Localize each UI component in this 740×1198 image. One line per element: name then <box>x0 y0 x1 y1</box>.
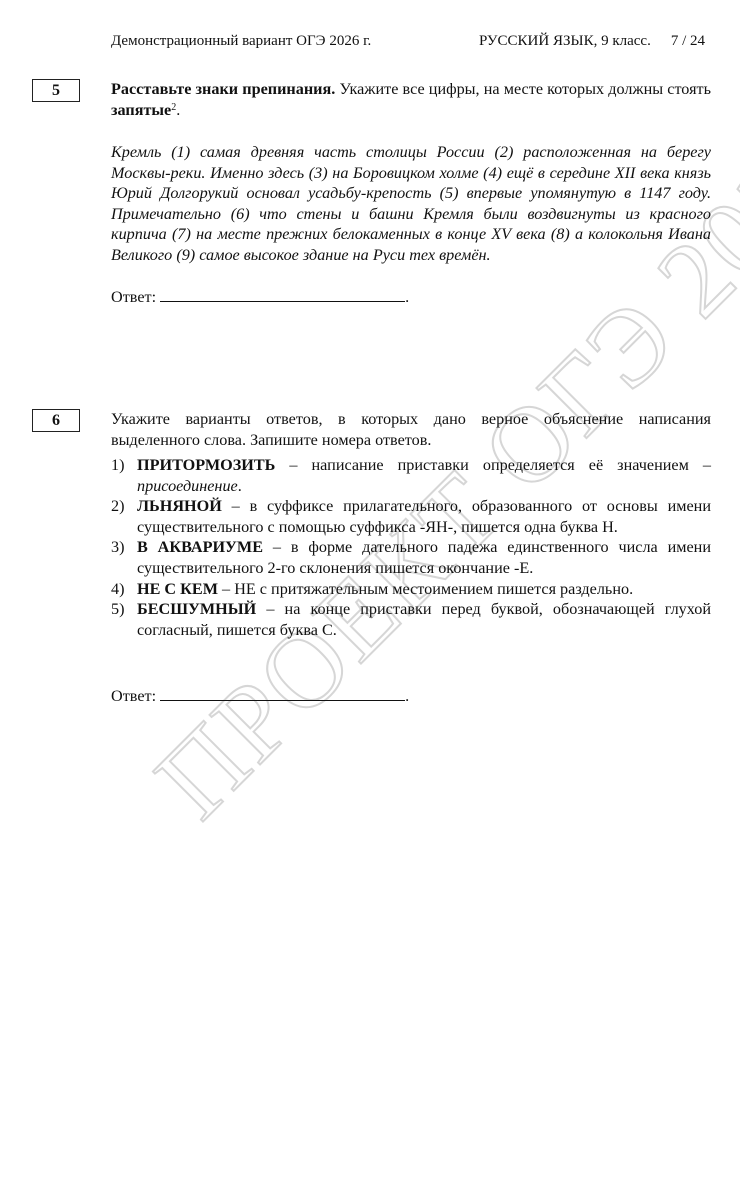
footnote-marker: 2 <box>171 102 176 113</box>
option-item: 2)ЛЬНЯНОЙ – в суффиксе прилагательного, … <box>111 496 711 537</box>
option-item: 4)НЕ С КЕМ – НЕ с притяжательным местоим… <box>111 579 711 600</box>
task-5-answer-label: Ответ: <box>111 288 156 306</box>
option-word: В АКВАРИУМЕ <box>137 538 263 556</box>
header-variant-title: Демонстрационный вариант ОГЭ 2026 г. <box>111 33 371 50</box>
task-5-instruction: Расставьте знаки препинания. Укажите все… <box>111 79 711 120</box>
option-word: НЕ С КЕМ <box>137 580 218 598</box>
task-6-number-box: 6 <box>32 409 80 432</box>
punct: . <box>176 101 180 119</box>
option-number: 3) <box>111 537 124 558</box>
option-italic: присоединение <box>137 477 238 495</box>
task-5-commas-word: запятые <box>111 101 171 119</box>
task-6-answer: Ответ:. <box>111 686 711 707</box>
header-subject-label: РУССКИЙ ЯЗЫК, 9 класс. <box>479 33 651 49</box>
punct: . <box>238 477 242 495</box>
task-5-number-box: 5 <box>32 79 80 102</box>
punct: . <box>405 288 409 306</box>
page-number: 7 / 24 <box>671 33 705 49</box>
task-6-instruction: Укажите варианты ответов, в которых дано… <box>111 409 711 450</box>
page-header: Демонстрационный вариант ОГЭ 2026 г. РУС… <box>111 33 705 53</box>
option-word: ЛЬНЯНОЙ <box>137 497 222 515</box>
option-number: 2) <box>111 496 124 517</box>
task-5-instruction-text: Укажите все цифры, на месте которых долж… <box>335 80 711 98</box>
task-5-instruction-bold: Расставьте знаки препинания. <box>111 80 335 98</box>
option-number: 5) <box>111 599 124 620</box>
option-item: 3)В АКВАРИУМЕ – в форме дательного падеж… <box>111 537 711 578</box>
option-word: БЕСШУМНЫЙ <box>137 600 256 618</box>
task-6-answer-field[interactable] <box>160 686 405 701</box>
option-item: 5)БЕСШУМНЫЙ – на конце приставки перед б… <box>111 599 711 640</box>
task-5-answer: Ответ:. <box>111 287 711 308</box>
option-text: – написание приставки определяется её зн… <box>275 456 711 474</box>
task-5-answer-field[interactable] <box>160 287 405 302</box>
task-6-answer-label: Ответ: <box>111 687 156 705</box>
option-text: – НЕ с притяжательным местоимением пишет… <box>218 580 633 598</box>
punct: . <box>405 687 409 705</box>
task-5-passage: Кремль (1) самая древняя часть столицы Р… <box>111 142 711 266</box>
option-number: 1) <box>111 455 124 476</box>
option-number: 4) <box>111 579 124 600</box>
option-text: – в суффиксе прилагательного, образованн… <box>137 497 711 536</box>
header-subject: РУССКИЙ ЯЗЫК, 9 класс.7 / 24 <box>479 33 705 50</box>
option-word: ПРИТОРМОЗИТЬ <box>137 456 275 474</box>
task-6-options: 1)ПРИТОРМОЗИТЬ – написание приставки опр… <box>111 455 711 640</box>
option-item: 1)ПРИТОРМОЗИТЬ – написание приставки опр… <box>111 455 711 496</box>
